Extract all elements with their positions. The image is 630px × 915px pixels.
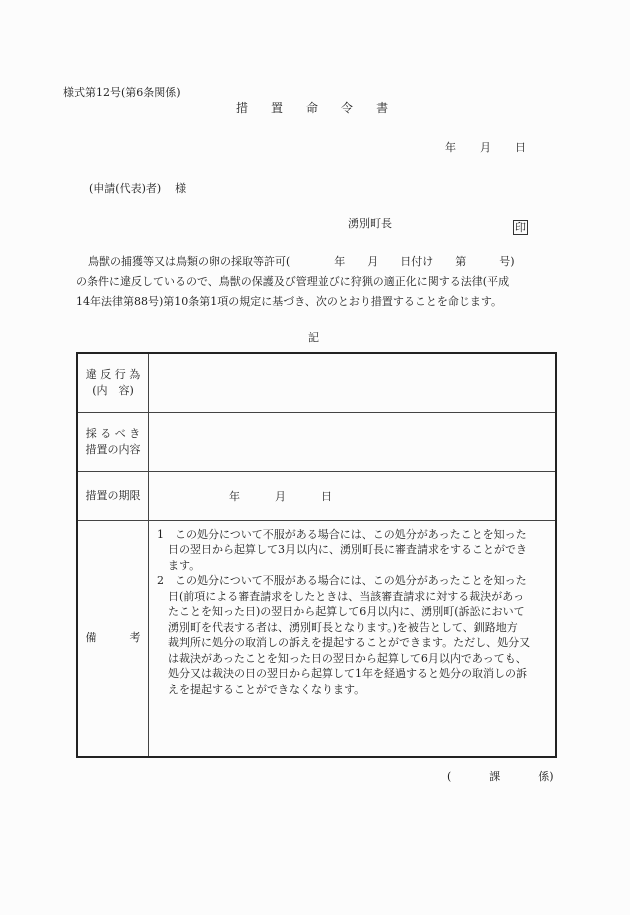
note-line: 日の翌日から起算して3月以内に、湧別町長に審査請求をすることができ [157,542,549,558]
label-line: 措置の内容 [78,442,148,458]
title-char: 置 [271,101,283,115]
label-deadline: 措置の期限 [77,471,149,520]
title-char: 令 [341,101,353,115]
note-line: ます。 [157,558,549,574]
title-char: 命 [306,101,318,115]
body-paragraph: 鳥獣の捕獲等又は鳥類の卵の採取等許可( 年 月 日付け 第 号) の条件に違反し… [76,252,558,312]
note-line: えを提起することができなくなります。 [157,682,549,698]
table-row: 違 反 行 為 (内 容) [77,353,556,412]
note-line: 1 この処分について不服がある場合には、この処分があったことを知った [157,527,549,543]
label-line: (内 容) [78,383,148,399]
date-month: 月 [480,141,491,154]
table-row: 備 考 1 この処分について不服がある場合には、この処分があったことを知った 日… [77,520,556,757]
note-line: 2 この処分について不服がある場合には、この処分があったことを知った [157,573,549,589]
footer-kakari: 係) [538,770,553,783]
table-row: 採 る べ き 措置の内容 [77,412,556,471]
ki-heading: 記 [308,331,319,345]
section-footer: (課係) [447,768,554,784]
note-line: たことを知った日)の翌日から起算して6月以内に、湧別町(訴訟において [157,604,549,620]
note-line: は裁決があったことを知った日の翌日から起算して6月以内であっても、 [157,651,549,667]
title-char: 措 [236,101,248,115]
body-line: の条件に違反しているので、鳥獣の保護及び管理並びに狩猟の適正化に関する法律(平成 [76,272,558,292]
required-measures-field[interactable] [149,412,557,471]
deadline-month: 月 [275,490,286,503]
form-number-label: 様式第12号(第6条関係) [63,86,181,100]
body-line: 鳥獣の捕獲等又は鳥類の卵の採取等許可( 年 月 日付け 第 号) [76,252,558,272]
addressee-role: (申請(代表)者) [89,182,161,195]
note-line: 処分又は裁決の日の翌日から起算して1年を経過すると処分の取消しの訴 [157,666,549,682]
document-title: 措置命令書 [236,99,388,116]
date-day: 日 [515,141,526,154]
label-violation: 違 反 行 為 (内 容) [77,353,149,412]
note-line: 裁判所に処分の取消しの訴えを提起することができます。ただし、処分又 [157,635,549,651]
remarks-notes: 1 この処分について不服がある場合には、この処分があったことを知った 日の翌日か… [149,520,557,757]
issuer-name: 湧別町長 [348,217,392,231]
note-line: 日(前項による審査請求をしたときは、当該審査請求に対する裁決があっ [157,589,549,605]
title-char: 書 [376,101,388,115]
addressee: (申請(代表)者)様 [89,182,186,196]
label-remarks: 備 考 [77,520,149,757]
table-row: 措置の期限 年月日 [77,471,556,520]
footer-ka: 課 [489,770,500,783]
order-table: 違 反 行 為 (内 容) 採 る べ き 措置の内容 措置の期限 年月日 備 … [76,352,557,758]
note-line: 湧別町を代表する者は、湧別町長となります。)を被告として、釧路地方 [157,620,549,636]
label-line: 採 る べ き [78,426,148,442]
seal-icon: 印 [513,220,528,235]
label-line: 違 反 行 為 [78,367,148,383]
deadline-day: 日 [321,490,332,503]
issue-date: 年月日 [445,141,526,155]
label-required-measures: 採 る べ き 措置の内容 [77,412,149,471]
deadline-year: 年 [229,490,240,503]
seal-mark: 印 [513,216,528,235]
deadline-field[interactable]: 年月日 [149,471,557,520]
body-line: 14年法律第88号)第10条第1項の規定に基づき、次のとおり措置することを命じま… [76,292,558,312]
addressee-honorific: 様 [175,182,186,195]
violation-field[interactable] [149,353,557,412]
date-year: 年 [445,141,456,154]
footer-open-paren: ( [447,770,451,783]
